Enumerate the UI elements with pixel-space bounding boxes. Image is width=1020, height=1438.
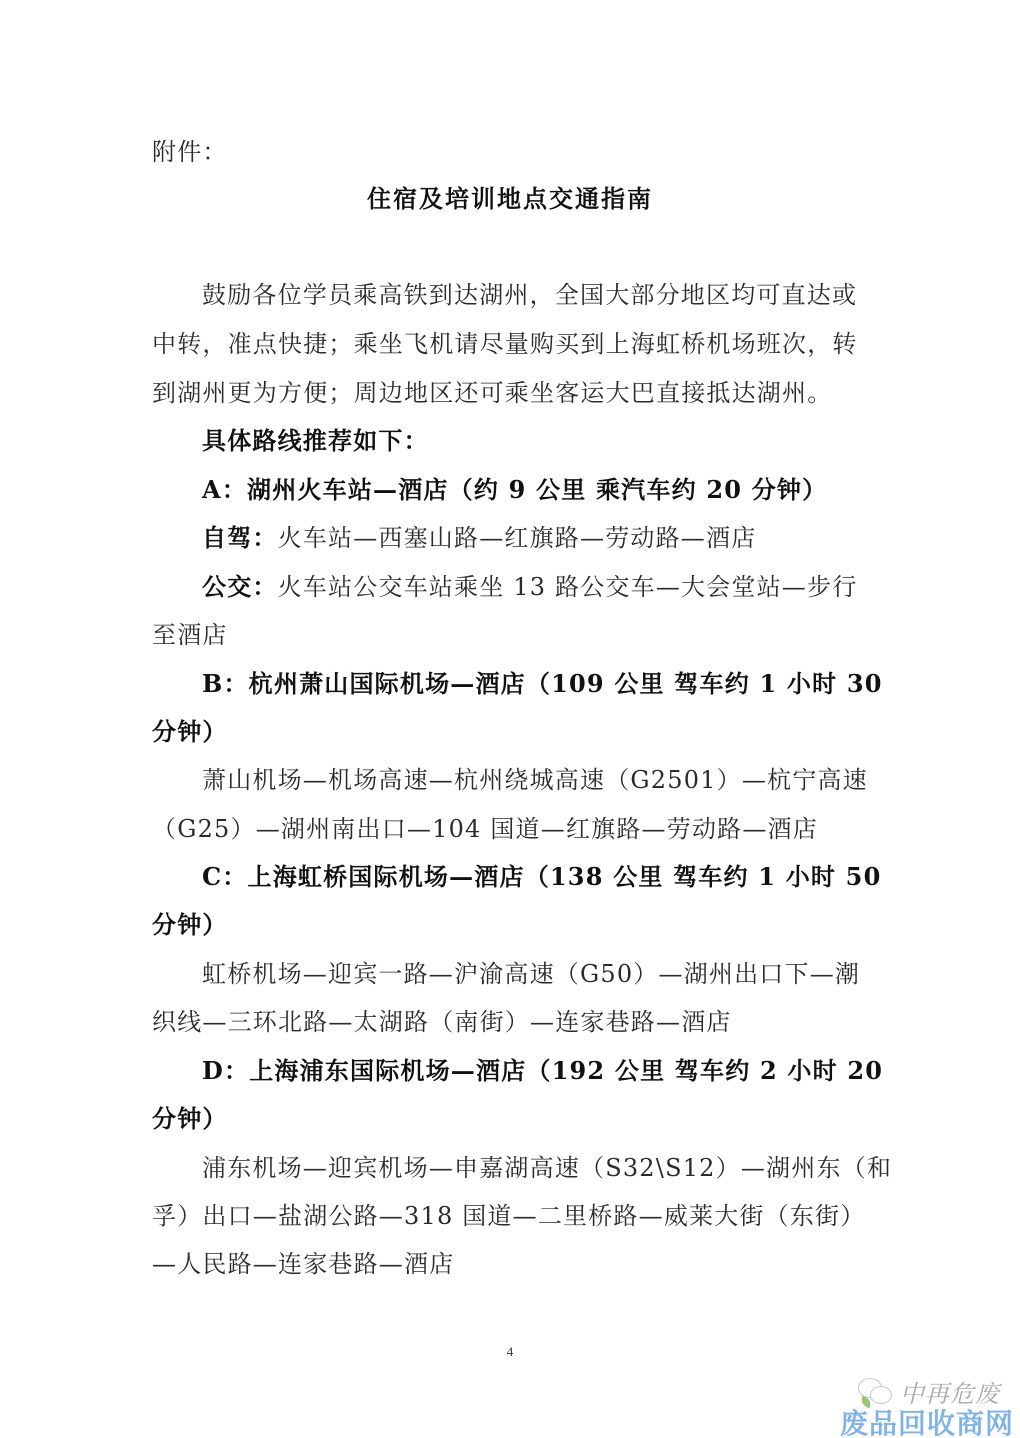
intro-line-1: 鼓励各位学员乘高铁到达湖州，全国大部分地区均可直达或 (202, 278, 922, 312)
routes-heading: 具体路线推荐如下： (202, 424, 922, 458)
route-d-heading-1: D：上海浦东国际机场—酒店（192 公里 驾车约 2 小时 20 (202, 1054, 922, 1088)
route-c-detail-2: 织线—三环北路—太湖路（南街）—连家巷路—酒店 (152, 1005, 872, 1039)
watermark-site: 废品回收商网 (840, 1405, 1014, 1438)
route-d-detail-1: 浦东机场—迎宾机场—申嘉湖高速（S32\S12）—湖州东（和 (202, 1151, 922, 1185)
route-d-detail-3: —人民路—连家巷路—酒店 (152, 1247, 872, 1281)
route-a-bus-continuation: 至酒店 (152, 618, 872, 652)
route-a-bus: 公交：火车站公交车站乘坐 13 路公交车—大会堂站—步行 (202, 570, 922, 604)
watermark-site-name: 废品回收商网 (840, 1402, 1014, 1438)
route-b-heading-2: 分钟） (152, 715, 872, 749)
route-b-heading-1: B：杭州萧山国际机场—酒店（109 公里 驾车约 1 小时 30 (202, 667, 922, 701)
page-number: 4 (0, 1344, 1020, 1360)
route-d-detail-2: 孚）出口—盐湖公路—318 国道—二里桥路—威莱大街（东街） (152, 1199, 872, 1233)
route-c-detail-1: 虹桥机场—迎宾一路—沪渝高速（G50）—湖州出口下—潮 (202, 957, 922, 991)
route-a-heading: A：湖州火车站—酒店（约 9 公里 乘汽车约 20 分钟） (202, 473, 922, 507)
route-a-drive-label: 自驾： (202, 523, 278, 552)
wechat-icon (858, 1378, 892, 1404)
route-a-bus-label: 公交： (202, 572, 278, 601)
attachment-label: 附件： (152, 135, 872, 169)
route-a-drive: 自驾：火车站—西塞山路—红旗路—劳动路—酒店 (202, 521, 922, 555)
route-c-heading-1: C：上海虹桥国际机场—酒店（138 公里 驾车约 1 小时 50 (202, 860, 922, 894)
intro-line-3: 到湖州更为方便；周边地区还可乘坐客运大巴直接抵达湖州。 (152, 376, 872, 410)
route-d-heading-2: 分钟） (152, 1102, 872, 1136)
route-c-heading-2: 分钟） (152, 908, 872, 942)
page-title: 住宿及培训地点交通指南 (0, 182, 1020, 216)
route-b-detail-1: 萧山机场—机场高速—杭州绕城高速（G2501）—杭宁高速 (202, 763, 922, 797)
route-a-bus-text: 火车站公交车站乘坐 13 路公交车—大会堂站—步行 (278, 573, 858, 601)
intro-line-2: 中转，准点快捷；乘坐飞机请尽量购买到上海虹桥机场班次，转 (152, 327, 872, 361)
route-b-detail-2: （G25）—湖州南出口—104 国道—红旗路—劳动路—酒店 (152, 812, 872, 846)
document-page: 附件： 住宿及培训地点交通指南 鼓励各位学员乘高铁到达湖州，全国大部分地区均可直… (0, 0, 1020, 1438)
route-a-drive-text: 火车站—西塞山路—红旗路—劳动路—酒店 (278, 524, 757, 552)
